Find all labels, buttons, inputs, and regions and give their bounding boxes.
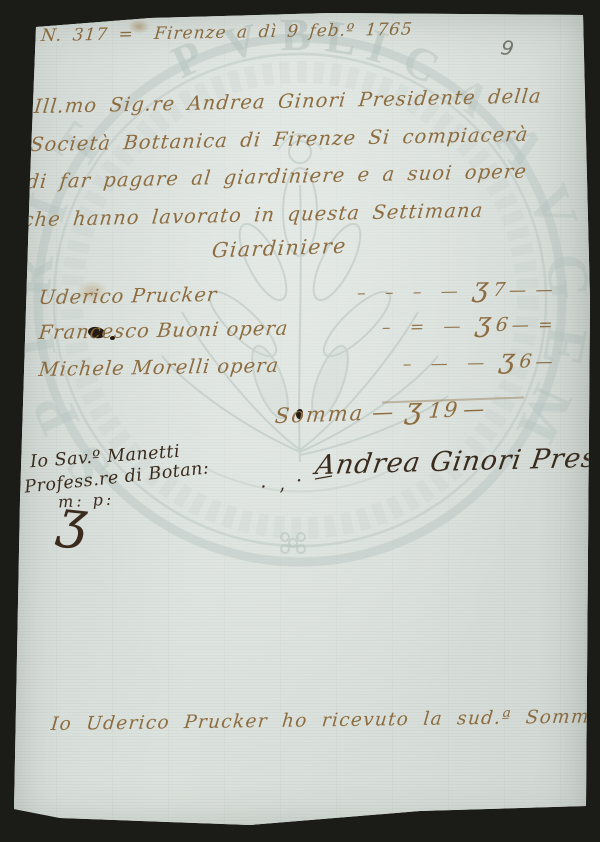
svg-text:M: M <box>504 376 586 453</box>
worker-name: Francesco Buoni opera <box>38 317 290 344</box>
manetti-flourish: ʒ <box>55 493 90 548</box>
trailing-dash: — = <box>511 315 556 336</box>
section-heading: Giardiniere <box>211 234 348 263</box>
trailing-dash: — — <box>508 280 556 301</box>
place-date: Firenze a dì 9 feb.º 1765 <box>153 20 413 45</box>
photo-background: P V B L I C A T I R I P S A V G E M <box>0 0 600 842</box>
total-label: Somma <box>274 401 365 428</box>
total-row: Somma — ʒ 19 — <box>274 397 487 428</box>
leader-dashes: – — — <box>278 353 500 377</box>
worker-name: Michele Morelli opera <box>38 354 281 381</box>
trailing-dash: — <box>535 352 556 372</box>
lira-symbol: ʒ <box>396 408 424 409</box>
trailing-dash: — <box>462 397 487 422</box>
ledger-row: Michele Morelli opera – — — ʒ 6 — <box>38 349 556 381</box>
seal-rosette <box>281 533 305 553</box>
amount: 7 <box>487 279 510 301</box>
worker-name: Uderico Prucker <box>38 283 219 309</box>
header-line: N. 317 = Firenze a dì 9 feb.º 1765 <box>40 20 413 47</box>
receipt-acknowledgement-line: Io Uderico Prucker ho ricevuto la sud.ª … <box>50 706 600 735</box>
ginori-signature: Andrea Ginori Pres. <box>313 442 600 481</box>
body-paragraph: Ill.mo Sig.re Andrea Ginori Presidente d… <box>21 77 570 239</box>
svg-text:P: P <box>18 384 92 444</box>
total-amount: 19 <box>423 397 465 422</box>
amount: 6 <box>490 314 513 336</box>
ledger-row: Uderico Prucker – – – — ʒ 7 — — <box>38 277 556 309</box>
leader-dashes: – – – — <box>216 281 474 306</box>
ledger-row: Francesco Buoni opera – = — ʒ 6 — = <box>38 312 556 344</box>
amount: 6 <box>513 350 536 372</box>
manuscript-paper: P V B L I C A T I R I P S A V G E M <box>0 0 600 842</box>
total-dash: — <box>363 400 396 425</box>
leader-dashes: – = — <box>287 316 476 339</box>
document-number: N. 317 = <box>40 24 134 46</box>
archival-corner-number: 9 <box>499 35 516 61</box>
